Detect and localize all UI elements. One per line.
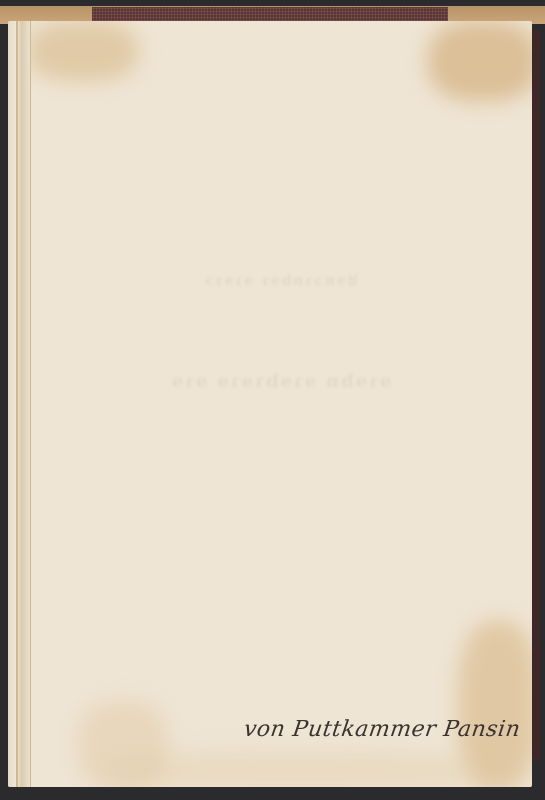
bleed-through-text-line-1: ꓤɘʜɔɿɒbɘɿ ɘɿɘɿɔ [8, 273, 532, 289]
flyleaf-page: ꓤɘʜɔɿɒbɘɿ ɘɿɘɿɔ ɘɿɘbɒ ɘɿɘbɿɘɿɘ ɘɿɘ von P… [8, 21, 532, 787]
page-gutter [8, 21, 31, 787]
stain-bottom [108, 751, 488, 787]
handwritten-inscription: von Puttkammer Pansin [242, 717, 522, 742]
stain-top-right [428, 21, 532, 101]
gutter-crease [16, 21, 18, 787]
scanned-page-image: ꓤɘʜɔɿɒbɘɿ ɘɿɘɿɔ ɘɿɘbɒ ɘɿɘbɿɘɿɘ ɘɿɘ von P… [0, 0, 545, 800]
stain-top-left [28, 21, 138, 81]
bleed-through-text-line-2: ɘɿɘbɒ ɘɿɘbɿɘɿɘ ɘɿɘ [8, 371, 532, 392]
